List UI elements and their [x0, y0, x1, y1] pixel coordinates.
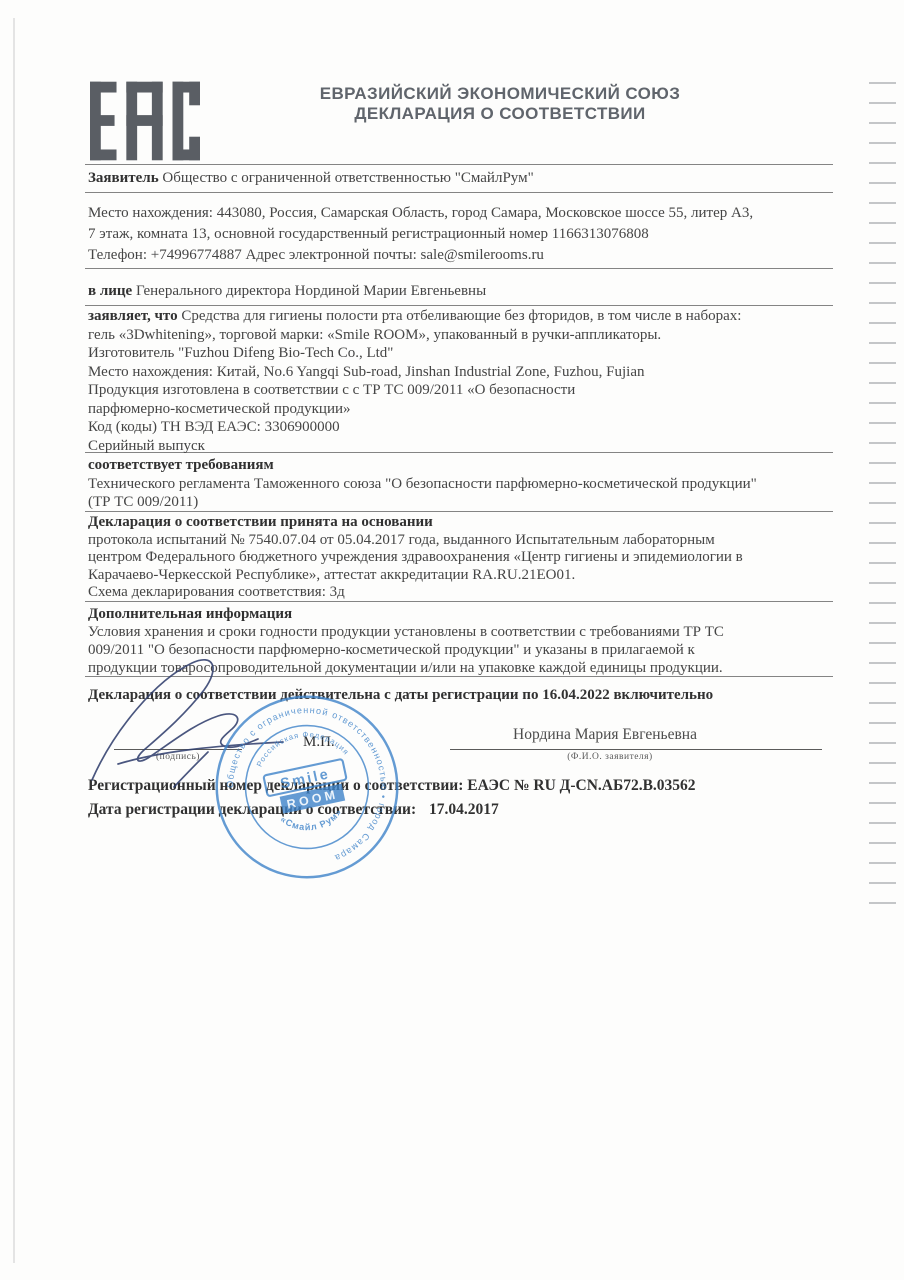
- registration-number-value: ЕАЭС № RU Д-CN.АБ72.В.03562: [467, 777, 695, 794]
- additional-info-label: Дополнительная информация: [88, 605, 833, 623]
- header-union-title: ЕВРАЗИЙСКИЙ ЭКОНОМИЧЕСКИЙ СОЮЗ: [250, 84, 750, 104]
- representative-row: в лице Генерального директора Нординой М…: [88, 283, 833, 300]
- statement-line: гель «3Dwhitening», торговой марки: «Smi…: [88, 326, 833, 345]
- svg-text:Российская Федерация: Российская Федерация: [251, 724, 352, 770]
- applicant-full-name: Нордина Мария Евгеньевна: [455, 726, 755, 744]
- additional-info-line: 009/2011 "О безопасности парфюмерно-косм…: [88, 641, 833, 659]
- compliance-line: Технического регламента Таможенного союз…: [88, 475, 833, 494]
- seal-place-mark: М.П.: [303, 734, 335, 751]
- statement-line: Серийный выпуск: [88, 437, 833, 456]
- registration-date-value: 17.04.2017: [429, 801, 499, 818]
- statement-intro: Средства для гигиены полости рта отбелив…: [181, 308, 741, 324]
- basis-line: Схема декларирования соответствия: 3д: [88, 584, 833, 602]
- statement-intro-line: заявляет, что Средства для гигиены полос…: [88, 307, 833, 326]
- statement-line: Код (коды) ТН ВЭД ЕАЭС: 3306900000: [88, 418, 833, 437]
- representative-label: в лице: [88, 283, 132, 299]
- address-line: Телефон: +74996774887 Адрес электронной …: [88, 245, 833, 266]
- header-doc-title: ДЕКЛАРАЦИЯ О СООТВЕТСТВИИ: [250, 104, 750, 124]
- compliance-section: соответствует требованиям Технического р…: [88, 456, 833, 512]
- section-divider: [85, 192, 833, 193]
- additional-info-line: Условия хранения и сроки годности продук…: [88, 623, 833, 641]
- applicant-address: Место нахождения: 443080, Россия, Самарс…: [88, 203, 833, 266]
- statement-label: заявляет, что: [88, 308, 178, 324]
- name-caption: (Ф.И.О. заявителя): [455, 752, 765, 762]
- statement-line: парфюмерно-косметической продукции»: [88, 400, 833, 419]
- registration-date-row: Дата регистрации декларации о соответств…: [88, 801, 499, 819]
- compliance-line: (ТР ТС 009/2011): [88, 493, 833, 512]
- basis-line: центром Федерального бюджетного учрежден…: [88, 549, 833, 567]
- basis-label: Декларация о соответствии принята на осн…: [88, 514, 833, 532]
- document-header: ЕВРАЗИЙСКИЙ ЭКОНОМИЧЕСКИЙ СОЮЗ ДЕКЛАРАЦИ…: [250, 84, 750, 124]
- registration-date-label: Дата регистрации декларации о соответств…: [88, 801, 416, 818]
- section-divider: [85, 305, 833, 306]
- signature-caption: (подпись): [118, 752, 238, 762]
- registration-number-row: Регистрационный номер декларации о соотв…: [88, 777, 696, 795]
- additional-info-line: продукции товаросопроводительной докумен…: [88, 659, 833, 677]
- declaration-document-page: ЕВРАЗИЙСКИЙ ЭКОНОМИЧЕСКИЙ СОЮЗ ДЕКЛАРАЦИ…: [0, 0, 904, 1280]
- scan-edge-line: [13, 18, 15, 1263]
- registration-number-label: Регистрационный номер декларации о соотв…: [88, 777, 463, 794]
- section-divider: [85, 268, 833, 269]
- basis-section: Декларация о соответствии принята на осн…: [88, 514, 833, 602]
- name-line: [450, 749, 822, 750]
- address-line: Место нахождения: 443080, Россия, Самарс…: [88, 203, 833, 224]
- applicant-row: Заявитель Общество с ограниченной ответс…: [88, 170, 833, 187]
- scan-artifact-dashes: [869, 82, 896, 905]
- basis-line: Карачаево-Черкесской Республике», аттест…: [88, 567, 833, 585]
- applicant-label: Заявитель: [88, 170, 159, 186]
- basis-line: протокола испытаний № 7540.07.04 от 05.0…: [88, 532, 833, 550]
- statement-section: заявляет, что Средства для гигиены полос…: [88, 307, 833, 455]
- additional-info-section: Дополнительная информация Условия хранен…: [88, 605, 833, 677]
- address-line: 7 этаж, комната 13, основной государстве…: [88, 224, 833, 245]
- statement-line: Изготовитель "Fuzhou Difeng Bio-Tech Co.…: [88, 344, 833, 363]
- validity-statement: Декларация о соответствии действительна …: [88, 687, 833, 704]
- statement-line: Продукция изготовлена в соответствии с с…: [88, 381, 833, 400]
- compliance-label: соответствует требованиям: [88, 456, 833, 475]
- eac-mark-icon: [90, 81, 200, 161]
- section-divider: [85, 164, 833, 165]
- signature-line: [114, 749, 242, 750]
- stamp-inner-top-text: Российская Федерация: [251, 724, 352, 770]
- representative-value: Генерального директора Нординой Марии Ев…: [136, 283, 486, 299]
- applicant-value: Общество с ограниченной ответственностью…: [162, 170, 533, 186]
- statement-line: Место нахождения: Китай, No.6 Yangqi Sub…: [88, 363, 833, 382]
